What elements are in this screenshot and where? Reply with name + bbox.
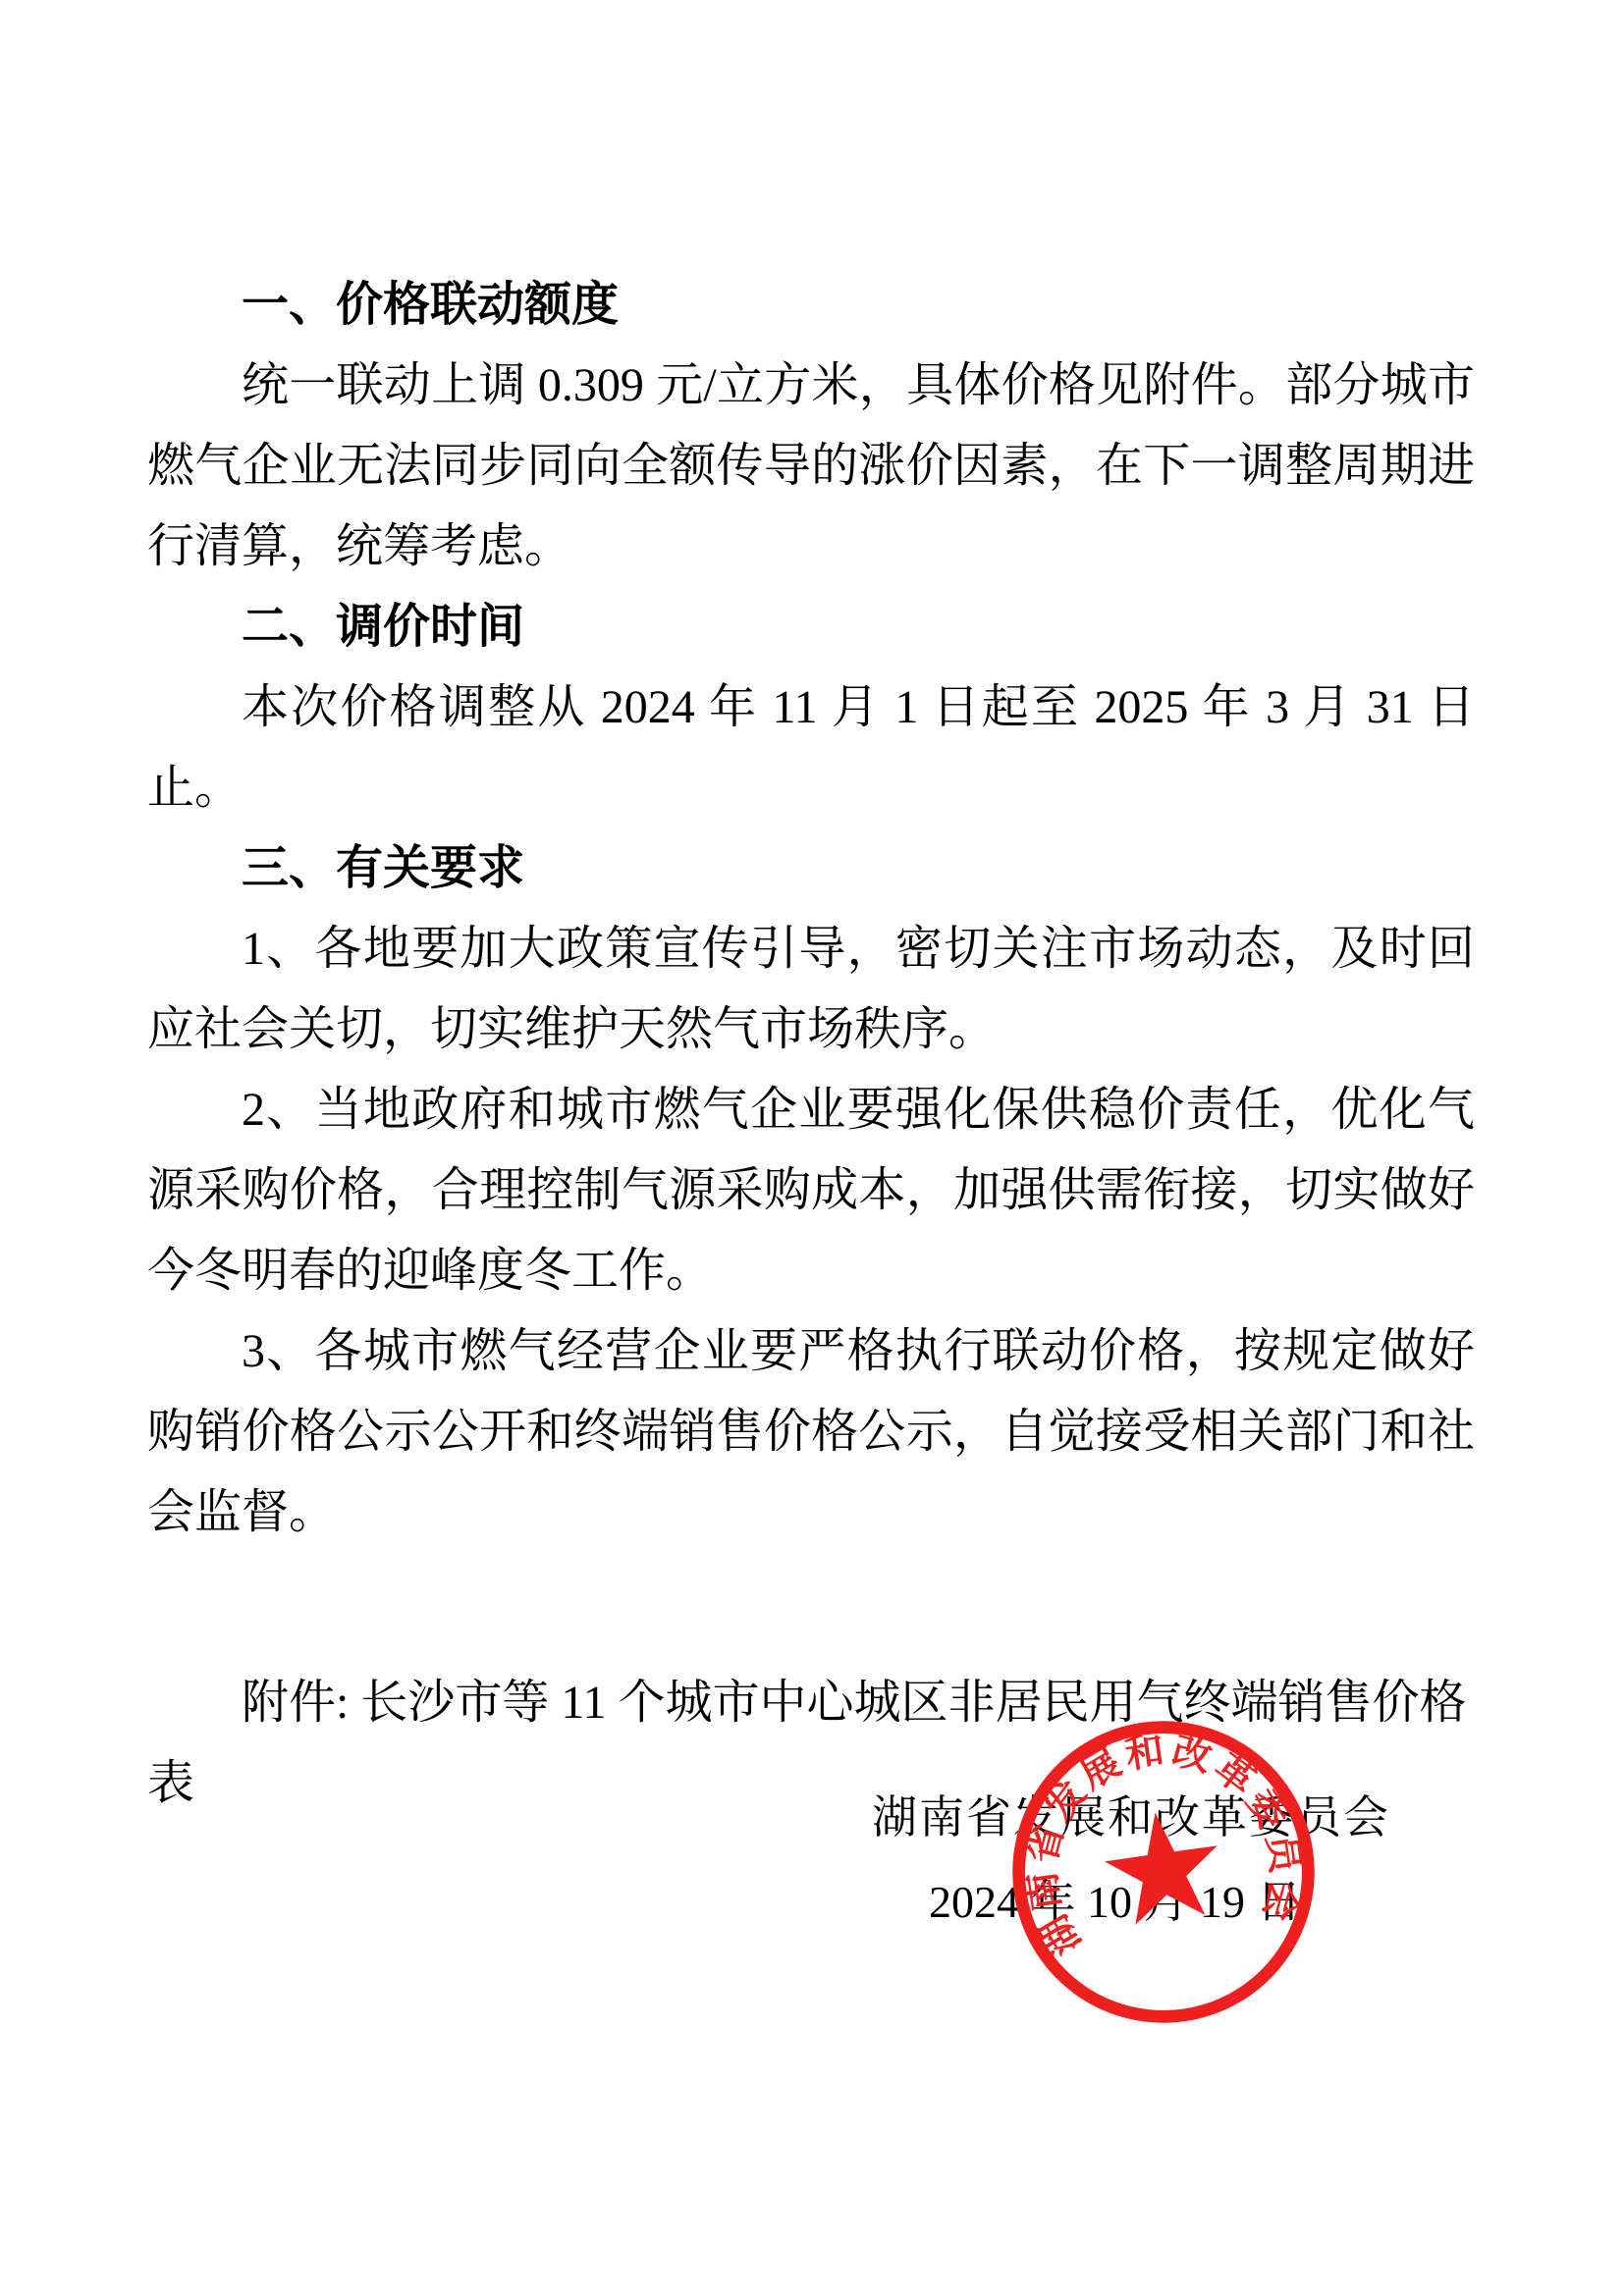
star-icon — [1099, 1805, 1226, 1928]
seal-group: 湖南省发展和改革委员会 — [1001, 1709, 1327, 2036]
section-heading-3: 三、有关要求 — [147, 828, 1475, 909]
paragraph-requirement-1: 1、各地要加大政策宣传引导，密切关注市场动态，及时回应社会关切，切实维护天然气市… — [147, 909, 1475, 1070]
paragraph-requirement-2: 2、当地政府和城市燃气企业要强化保供稳价责任，优化气源采购价格，合理控制气源采购… — [147, 1070, 1475, 1311]
document-body: 一、价格联动额度 统一联动上调 0.309 元/立方米，具体价格见附件。部分城市… — [147, 265, 1475, 1824]
paragraph-adjustment-period: 本次价格调整从 2024 年 11 月 1 日起至 2025 年 3 月 31 … — [147, 667, 1475, 828]
document-page: 一、价格联动额度 统一联动上调 0.309 元/立方米，具体价格见附件。部分城市… — [0, 0, 1624, 2296]
section-heading-1: 一、价格联动额度 — [147, 265, 1475, 346]
section-heading-2: 二、调价时间 — [147, 587, 1475, 667]
paragraph-linkage-amount: 统一联动上调 0.309 元/立方米，具体价格见附件。部分城市燃气企业无法同步同… — [147, 346, 1475, 587]
paragraph-requirement-3: 3、各城市燃气经营企业要严格执行联动价格，按规定做好购销价格公示公开和终端销售价… — [147, 1311, 1475, 1553]
official-seal: 湖南省发展和改革委员会 — [1000, 1708, 1327, 2036]
